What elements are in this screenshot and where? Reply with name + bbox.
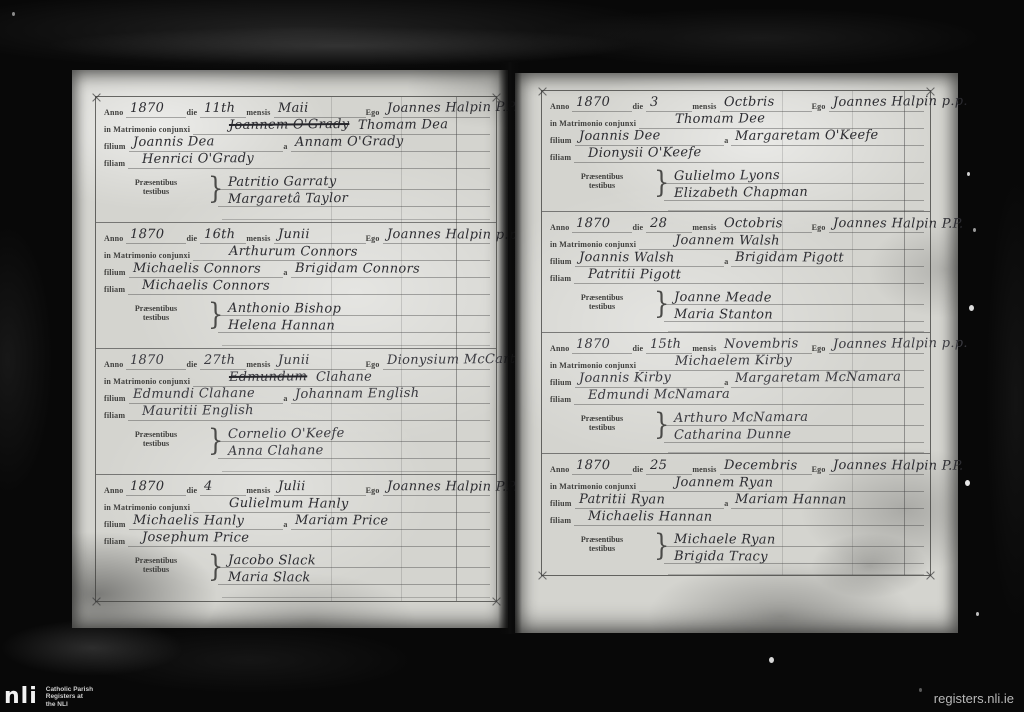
groom-father-name: Joannis Dea [133, 135, 215, 149]
page-rule-frame: Anno 1870 die 11th mensis Maii Ego Joann… [95, 96, 497, 602]
witnesses-block: Præsentibus testibus } Joanne Meade Mari… [550, 288, 924, 321]
blank-ruled-line [668, 324, 924, 332]
groom-father-name: Edmundi Clahane [133, 387, 255, 401]
label-anno: Anno [550, 465, 572, 475]
book-gutter-shadow [498, 62, 522, 634]
witness-2-name: Catharina Dunne [674, 428, 792, 442]
priest-name: Joannes Halpin p.p. [832, 337, 967, 351]
witness-1-name: Michaele Ryan [674, 533, 776, 547]
entry-date-line: Anno 1870 die 4 mensis Julii Ego Joannes… [104, 480, 490, 496]
witness-1-name: Cornelio O'Keefe [228, 427, 345, 441]
register-entry: Anno 1870 die 16th mensis Junii Ego Joan… [96, 223, 496, 349]
brace-mark: } [654, 405, 664, 443]
label-filiam: filiam [550, 516, 574, 526]
entry-bride-father-line: filiam Edmundi McNamara [550, 389, 924, 405]
bride-father-name: Michaelis Connors [142, 279, 270, 293]
groom-name: Gulielmum Hanly [229, 497, 349, 511]
label-filium: filium [550, 499, 575, 509]
register-entry: Anno 1870 die 3 mensis Octbris Ego Joann… [542, 91, 930, 212]
label-praesentibus-testibus: Præsentibus testibus [104, 299, 208, 322]
entry-year: 1870 [576, 96, 610, 109]
entry-month: Octobris [724, 217, 783, 230]
entry-month: Junii [278, 354, 310, 367]
label-praesentibus-testibus: Præsentibus testibus [550, 409, 654, 432]
film-scratch-specks [0, 0, 3, 4]
register-entry: Anno 1870 die 28 mensis Octobris Ego Joa… [542, 212, 930, 333]
org-caption-line: the NLI [46, 701, 93, 709]
groom-father-name: Joannis Dee [579, 129, 661, 143]
label-praesentibus: Præsentibus [104, 430, 208, 439]
entry-day: 25 [650, 459, 667, 472]
entry-bride-father-line: filiam Henrici O'Grady [104, 153, 490, 169]
brace-mark: } [654, 163, 664, 201]
label-praesentibus-testibus: Præsentibus testibus [104, 425, 208, 448]
entry-year: 1870 [576, 217, 610, 230]
entry-date-line: Anno 1870 die 11th mensis Maii Ego Joann… [104, 102, 490, 118]
entry-bride-father-line: filiam Dionysii O'Keefe [550, 147, 924, 163]
label-anno: Anno [104, 360, 126, 370]
entry-day: 16th [204, 228, 235, 241]
groom-father-name: Patritii Ryan [579, 493, 665, 506]
witness-2-name: Helena Hannan [228, 319, 335, 333]
priest-name: Joannes Halpin P.P. [833, 459, 964, 473]
blank-ruled-line [668, 566, 924, 575]
label-filium: filium [104, 142, 129, 152]
entries-column: Anno 1870 die 3 mensis Octbris Ego Joann… [542, 91, 930, 575]
entry-date-line: Anno 1870 die 15th mensis Novembris Ego … [550, 338, 924, 354]
brace-mark: } [208, 295, 218, 333]
entry-date-line: Anno 1870 die 3 mensis Octbris Ego Joann… [550, 96, 924, 112]
witness-2-name: Elizabeth Chapman [674, 186, 808, 200]
entry-date-line: Anno 1870 die 27th mensis Junii Ego Dion… [104, 354, 490, 370]
entry-year: 1870 [130, 354, 164, 367]
label-praesentibus: Præsentibus [550, 414, 654, 423]
label-testibus: testibus [104, 565, 208, 574]
site-watermark: registers.nli.ie [934, 691, 1014, 706]
label-filiam: filiam [550, 153, 574, 163]
bride-father-name: Mauritii English [142, 404, 254, 418]
witnesses-block: Præsentibus testibus } Patritio Garraty … [104, 173, 490, 206]
priest-name: Joannes Halpin P.P. [833, 217, 964, 231]
entry-date-line: Anno 1870 die 16th mensis Junii Ego Joan… [104, 228, 490, 244]
groom-name: Clahane [315, 371, 371, 384]
label-praesentibus: Præsentibus [550, 172, 654, 181]
entry-bride-father-line: filiam Michaelis Connors [104, 279, 490, 295]
entry-day: 3 [650, 96, 659, 109]
label-filium: filium [104, 520, 129, 530]
entry-bride-father-line: filiam Mauritii English [104, 405, 490, 421]
bride-father-name: Dionysii O'Keefe [588, 146, 702, 160]
label-filium: filium [550, 378, 575, 388]
label-filiam: filiam [104, 537, 128, 547]
blank-ruled-line [668, 203, 924, 211]
label-filium: filium [550, 257, 575, 267]
witness-2-name: Anna Clahane [228, 444, 324, 458]
bride-father-name: Michaelis Hannan [588, 510, 713, 524]
blank-ruled-line [222, 461, 490, 472]
register-entry: Anno 1870 die 25 mensis Decembris Ego Jo… [542, 454, 930, 575]
witnesses-block: Præsentibus testibus } Jacobo Slack Mari… [104, 551, 490, 584]
bride-name: Mariam Price [295, 514, 388, 527]
label-filiam: filiam [550, 274, 574, 284]
entry-day: 27th [204, 354, 235, 367]
struck-name: Edmundum [229, 370, 307, 384]
bride-father-name: Henrici O'Grady [142, 152, 254, 166]
entry-day: 11th [204, 102, 235, 115]
entries-column: Anno 1870 die 11th mensis Maii Ego Joann… [96, 97, 496, 601]
label-testibus: testibus [550, 302, 654, 311]
groom-name: Joannem Walsh [675, 234, 780, 248]
groom-father-name: Michaelis Hanly [133, 514, 244, 528]
entry-month: Julii [278, 480, 306, 493]
blank-ruled-line [222, 335, 490, 346]
label-testibus: testibus [550, 181, 654, 190]
bride-name: Johannam English [294, 387, 419, 401]
witness-1-name: Gulielmo Lyons [674, 169, 780, 183]
witnesses-block: Præsentibus testibus } Michaele Ryan Bri… [550, 530, 924, 563]
groom-father-name: Joannis Kirby [579, 371, 671, 385]
label-anno: Anno [104, 234, 126, 244]
entry-month: Octbris [724, 96, 775, 109]
label-praesentibus: Præsentibus [104, 178, 208, 187]
org-caption-line: Catholic Parish [46, 686, 93, 694]
entry-date-line: Anno 1870 die 28 mensis Octobris Ego Joa… [550, 217, 924, 233]
label-filium: filium [550, 136, 575, 146]
groom-name: Thomam Dea [358, 118, 448, 132]
nli-org-caption: Catholic Parish Registers at the NLI [46, 686, 93, 709]
brace-mark: } [208, 421, 218, 459]
label-testibus: testibus [550, 544, 654, 553]
bride-name: Margaretam McNamara [735, 371, 901, 385]
label-praesentibus-testibus: Præsentibus testibus [550, 530, 654, 553]
groom-father-name: Joannis Walsh [579, 251, 675, 265]
nli-logo-text: nli [4, 686, 38, 708]
entry-bride-father-line: filiam Michaelis Hannan [550, 510, 924, 526]
entry-day: 15th [650, 338, 681, 351]
witness-2-name: Margaretâ Taylor [228, 192, 348, 206]
entry-bride-father-line: filiam Patritii Pigott [550, 268, 924, 284]
label-filiam: filiam [104, 159, 128, 169]
label-filium: filium [104, 268, 129, 278]
label-praesentibus-testibus: Præsentibus testibus [550, 167, 654, 190]
register-entry: Anno 1870 die 27th mensis Junii Ego Dion… [96, 349, 496, 475]
entry-year: 1870 [576, 338, 610, 351]
blank-ruled-line [668, 445, 924, 453]
bride-name: Annam O'Grady [294, 135, 403, 149]
bride-father-name: Patritii Pigott [588, 268, 681, 281]
witness-1-name: Joanne Meade [674, 291, 772, 305]
struck-name: Joannem O'Grady [229, 118, 350, 132]
witnesses-block: Præsentibus testibus } Gulielmo Lyons El… [550, 167, 924, 200]
brace-mark: } [208, 169, 218, 207]
entry-month: Maii [278, 102, 309, 115]
label-praesentibus: Præsentibus [550, 535, 654, 544]
entry-month: Decembris [724, 459, 798, 472]
witness-2-name: Maria Stanton [674, 308, 773, 322]
label-anno: Anno [104, 108, 126, 118]
groom-name: Thomam Dee [675, 112, 765, 126]
bride-name: Mariam Hannan [735, 493, 847, 507]
witness-2-name: Maria Slack [228, 571, 311, 584]
label-praesentibus-testibus: Præsentibus testibus [104, 173, 208, 196]
bride-name: Margaretam O'Keefe [735, 129, 879, 143]
register-page-right: Anno 1870 die 3 mensis Octbris Ego Joann… [515, 73, 958, 633]
entry-month: Junii [278, 228, 310, 241]
label-praesentibus-testibus: Præsentibus testibus [550, 288, 654, 311]
entry-day: 4 [204, 480, 213, 493]
bride-name: Brigidam Pigott [735, 251, 844, 265]
bride-father-name: Josephum Price [142, 531, 249, 545]
witness-1-name: Anthonio Bishop [228, 302, 341, 316]
register-entry: Anno 1870 die 11th mensis Maii Ego Joann… [96, 97, 496, 223]
witness-1-name: Arthuro McNamara [674, 411, 808, 425]
label-praesentibus: Præsentibus [104, 304, 208, 313]
label-praesentibus: Præsentibus [550, 293, 654, 302]
witnesses-block: Præsentibus testibus } Anthonio Bishop H… [104, 299, 490, 332]
entry-month: Novembris [724, 337, 799, 351]
label-anno: Anno [550, 344, 572, 354]
entry-year: 1870 [576, 459, 610, 472]
label-anno: Anno [550, 223, 572, 233]
label-praesentibus: Præsentibus [104, 556, 208, 565]
blank-ruled-line [222, 209, 490, 220]
label-testibus: testibus [104, 313, 208, 322]
label-testibus: testibus [104, 439, 208, 448]
groom-father-name: Michaelis Connors [133, 262, 261, 276]
brace-mark: } [208, 547, 218, 585]
label-praesentibus-testibus: Præsentibus testibus [104, 551, 208, 574]
entry-year: 1870 [130, 102, 164, 115]
blank-ruled-line [222, 587, 490, 598]
register-entry: Anno 1870 die 15th mensis Novembris Ego … [542, 333, 930, 454]
bride-name: Brigidam Connors [295, 262, 420, 276]
org-caption-line: Registers at [46, 693, 93, 701]
witnesses-block: Præsentibus testibus } Arthuro McNamara … [550, 409, 924, 442]
register-entry: Anno 1870 die 4 mensis Julii Ego Joannes… [96, 475, 496, 601]
label-filiam: filiam [550, 395, 574, 405]
label-anno: Anno [550, 102, 572, 112]
label-filium: filium [104, 394, 129, 404]
groom-name: Joannem Ryan [675, 476, 773, 490]
page-rule-frame: Anno 1870 die 3 mensis Octbris Ego Joann… [541, 90, 931, 576]
witness-2-name: Brigida Tracy [674, 550, 768, 563]
entry-bride-father-line: filiam Josephum Price [104, 531, 490, 547]
label-testibus: testibus [104, 187, 208, 196]
witness-1-name: Jacobo Slack [228, 554, 316, 567]
entry-year: 1870 [130, 480, 164, 493]
bride-father-name: Edmundi McNamara [588, 388, 730, 402]
brace-mark: } [654, 284, 664, 322]
label-filiam: filiam [104, 411, 128, 421]
groom-name: Michaelem Kirby [675, 354, 792, 368]
entry-date-line: Anno 1870 die 25 mensis Decembris Ego Jo… [550, 459, 924, 475]
register-page-left: Anno 1870 die 11th mensis Maii Ego Joann… [72, 70, 508, 628]
label-filiam: filiam [104, 285, 128, 295]
nli-logo: nli Catholic Parish Registers at the NLI [4, 684, 93, 710]
witnesses-block: Præsentibus testibus } Cornelio O'Keefe … [104, 425, 490, 458]
label-anno: Anno [104, 486, 126, 496]
label-testibus: testibus [550, 423, 654, 432]
witness-1-name: Patritio Garraty [228, 175, 337, 189]
groom-name: Arthurum Connors [229, 245, 358, 259]
brace-mark: } [654, 526, 664, 564]
entry-year: 1870 [130, 228, 164, 241]
entry-day: 28 [650, 217, 667, 230]
priest-name: Joannes Halpin p.p. [832, 95, 967, 109]
